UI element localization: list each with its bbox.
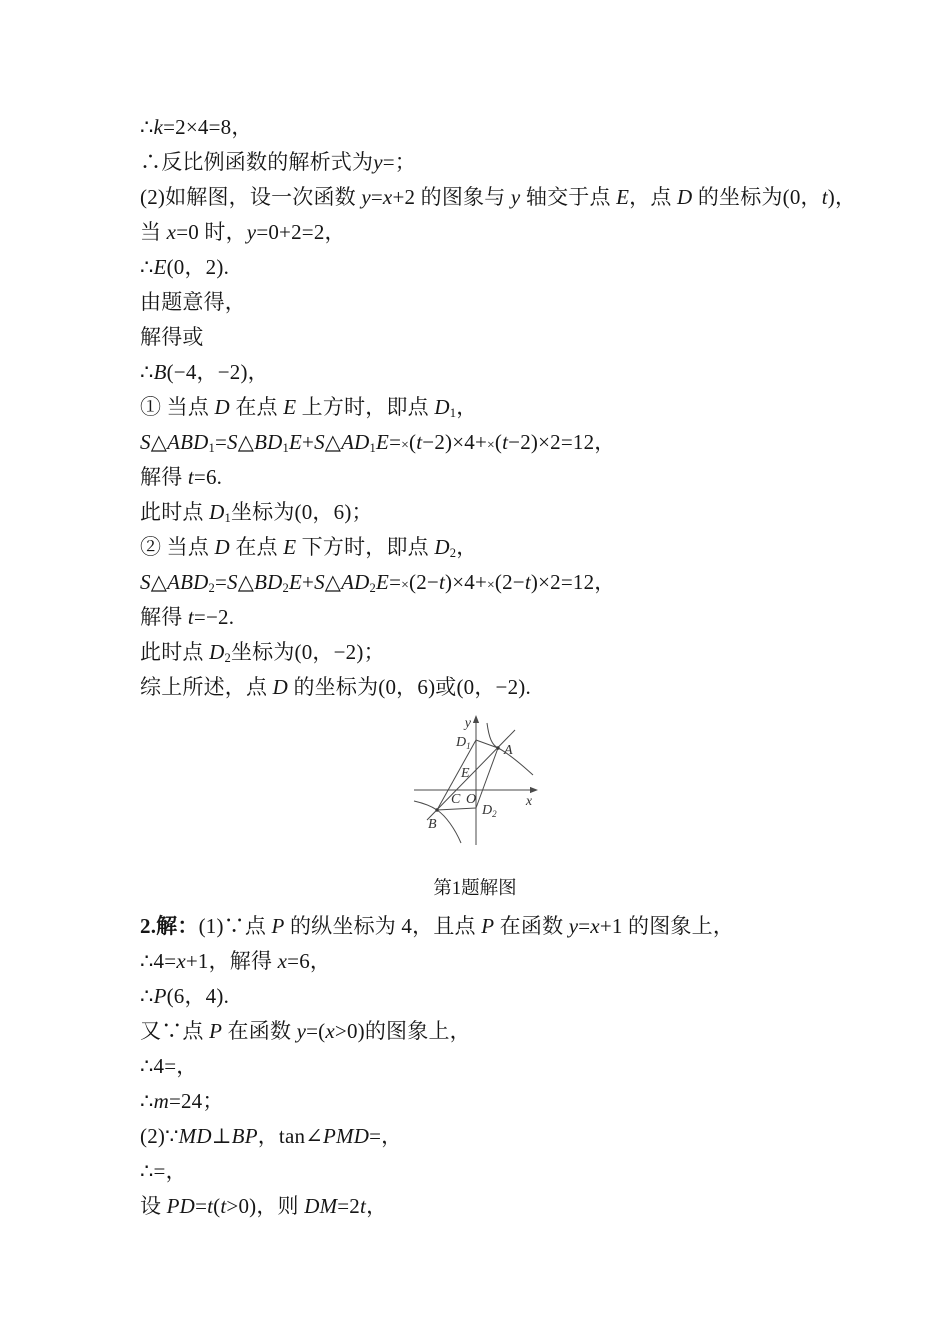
solution-text-line: (2)∵MD⊥BP，tan∠PMD=， bbox=[140, 1119, 734, 1154]
solution-text-line: 综上所述，点 D 的坐标为(0，6)或(0，−2). bbox=[140, 670, 856, 705]
solution-text-line: ② 当点 D 在点 E 下方时，即点 D2， bbox=[140, 530, 856, 565]
segment-D1-A bbox=[476, 740, 498, 748]
solution-text-line: 由题意得， bbox=[140, 285, 856, 320]
solution-text-line: 解得 t=6. bbox=[140, 460, 856, 495]
hyperbola-branch-q3 bbox=[414, 801, 461, 843]
solution-text-line: (2)如解图，设一次函数 y=x+2 的图象与 y 轴交于点 E，点 D 的坐标… bbox=[140, 180, 856, 215]
solution-block-2: 2.解：(1)∵点 P 的纵坐标为 4，且点 P 在函数 y=x+1 的图象上，… bbox=[140, 909, 734, 1224]
solution-text-line: ∴B(−4，−2)， bbox=[140, 355, 856, 390]
label-D1: D1 bbox=[455, 735, 471, 751]
solution-text-line: ∴4=x+1，解得 x=6， bbox=[140, 944, 734, 979]
solution-text-line: 2.解：(1)∵点 P 的纵坐标为 4，且点 P 在函数 y=x+1 的图象上， bbox=[140, 909, 734, 944]
solution-figure: y x D1 A E C O D2 B bbox=[398, 702, 568, 854]
y-axis-arrow-icon bbox=[473, 715, 479, 723]
solution-text-line: S△ABD1=S△BD1E+S△AD1E=×(t−2)×4+×(t−2)×2=1… bbox=[140, 425, 856, 460]
solution-text-line: ∴=， bbox=[140, 1154, 734, 1189]
solution-text-line: 解得 t=−2. bbox=[140, 600, 856, 635]
point-B-dot bbox=[435, 808, 438, 811]
solution-text-line: 设 PD=t(t>0)，则 DM=2t， bbox=[140, 1189, 734, 1224]
solution-text-line: 此时点 D2坐标为(0，−2)； bbox=[140, 635, 856, 670]
solution-text-line: ∴k=2×4=8， bbox=[140, 110, 856, 145]
solution-text-line: ∴P(6，4). bbox=[140, 979, 734, 1014]
segment-B-D2 bbox=[437, 808, 476, 810]
label-y-axis: y bbox=[463, 716, 472, 731]
solution-text-line: S△ABD2=S△BD2E+S△AD2E=×(2−t)×4+×(2−t)×2=1… bbox=[140, 565, 856, 600]
x-axis-arrow-icon bbox=[530, 787, 538, 793]
label-D2: D2 bbox=[481, 803, 497, 819]
solution-text-line: 当 x=0 时，y=0+2=2， bbox=[140, 215, 856, 250]
figure-caption: 第1题解图 bbox=[0, 877, 950, 901]
label-x-axis: x bbox=[525, 794, 533, 809]
solution-block-1: ∴k=2×4=8，∴反比例函数的解析式为y=；(2)如解图，设一次函数 y=x+… bbox=[140, 110, 856, 705]
label-A: A bbox=[503, 743, 513, 758]
point-A-dot bbox=[496, 746, 499, 749]
label-C: C bbox=[451, 792, 461, 807]
document-page: { "page": { "background": "#ffffff", "te… bbox=[0, 0, 950, 1344]
solution-text-line: ∴E(0，2). bbox=[140, 250, 856, 285]
solution-text-line: 解得或 bbox=[140, 320, 856, 355]
solution-text-line: ∴m=24； bbox=[140, 1084, 734, 1119]
solution-text-line: 此时点 D1坐标为(0，6)； bbox=[140, 495, 856, 530]
label-B: B bbox=[428, 817, 437, 832]
solution-text-line: ① 当点 D 在点 E 上方时，即点 D1， bbox=[140, 390, 856, 425]
label-E: E bbox=[460, 766, 470, 781]
label-O: O bbox=[466, 792, 476, 807]
solution-text-line: ∴反比例函数的解析式为y=； bbox=[140, 145, 856, 180]
solution-text-line: 又∵点 P 在函数 y=(x>0)的图象上， bbox=[140, 1014, 734, 1049]
segment-A-D2 bbox=[476, 748, 498, 808]
solution-text-line: ∴4=， bbox=[140, 1049, 734, 1084]
